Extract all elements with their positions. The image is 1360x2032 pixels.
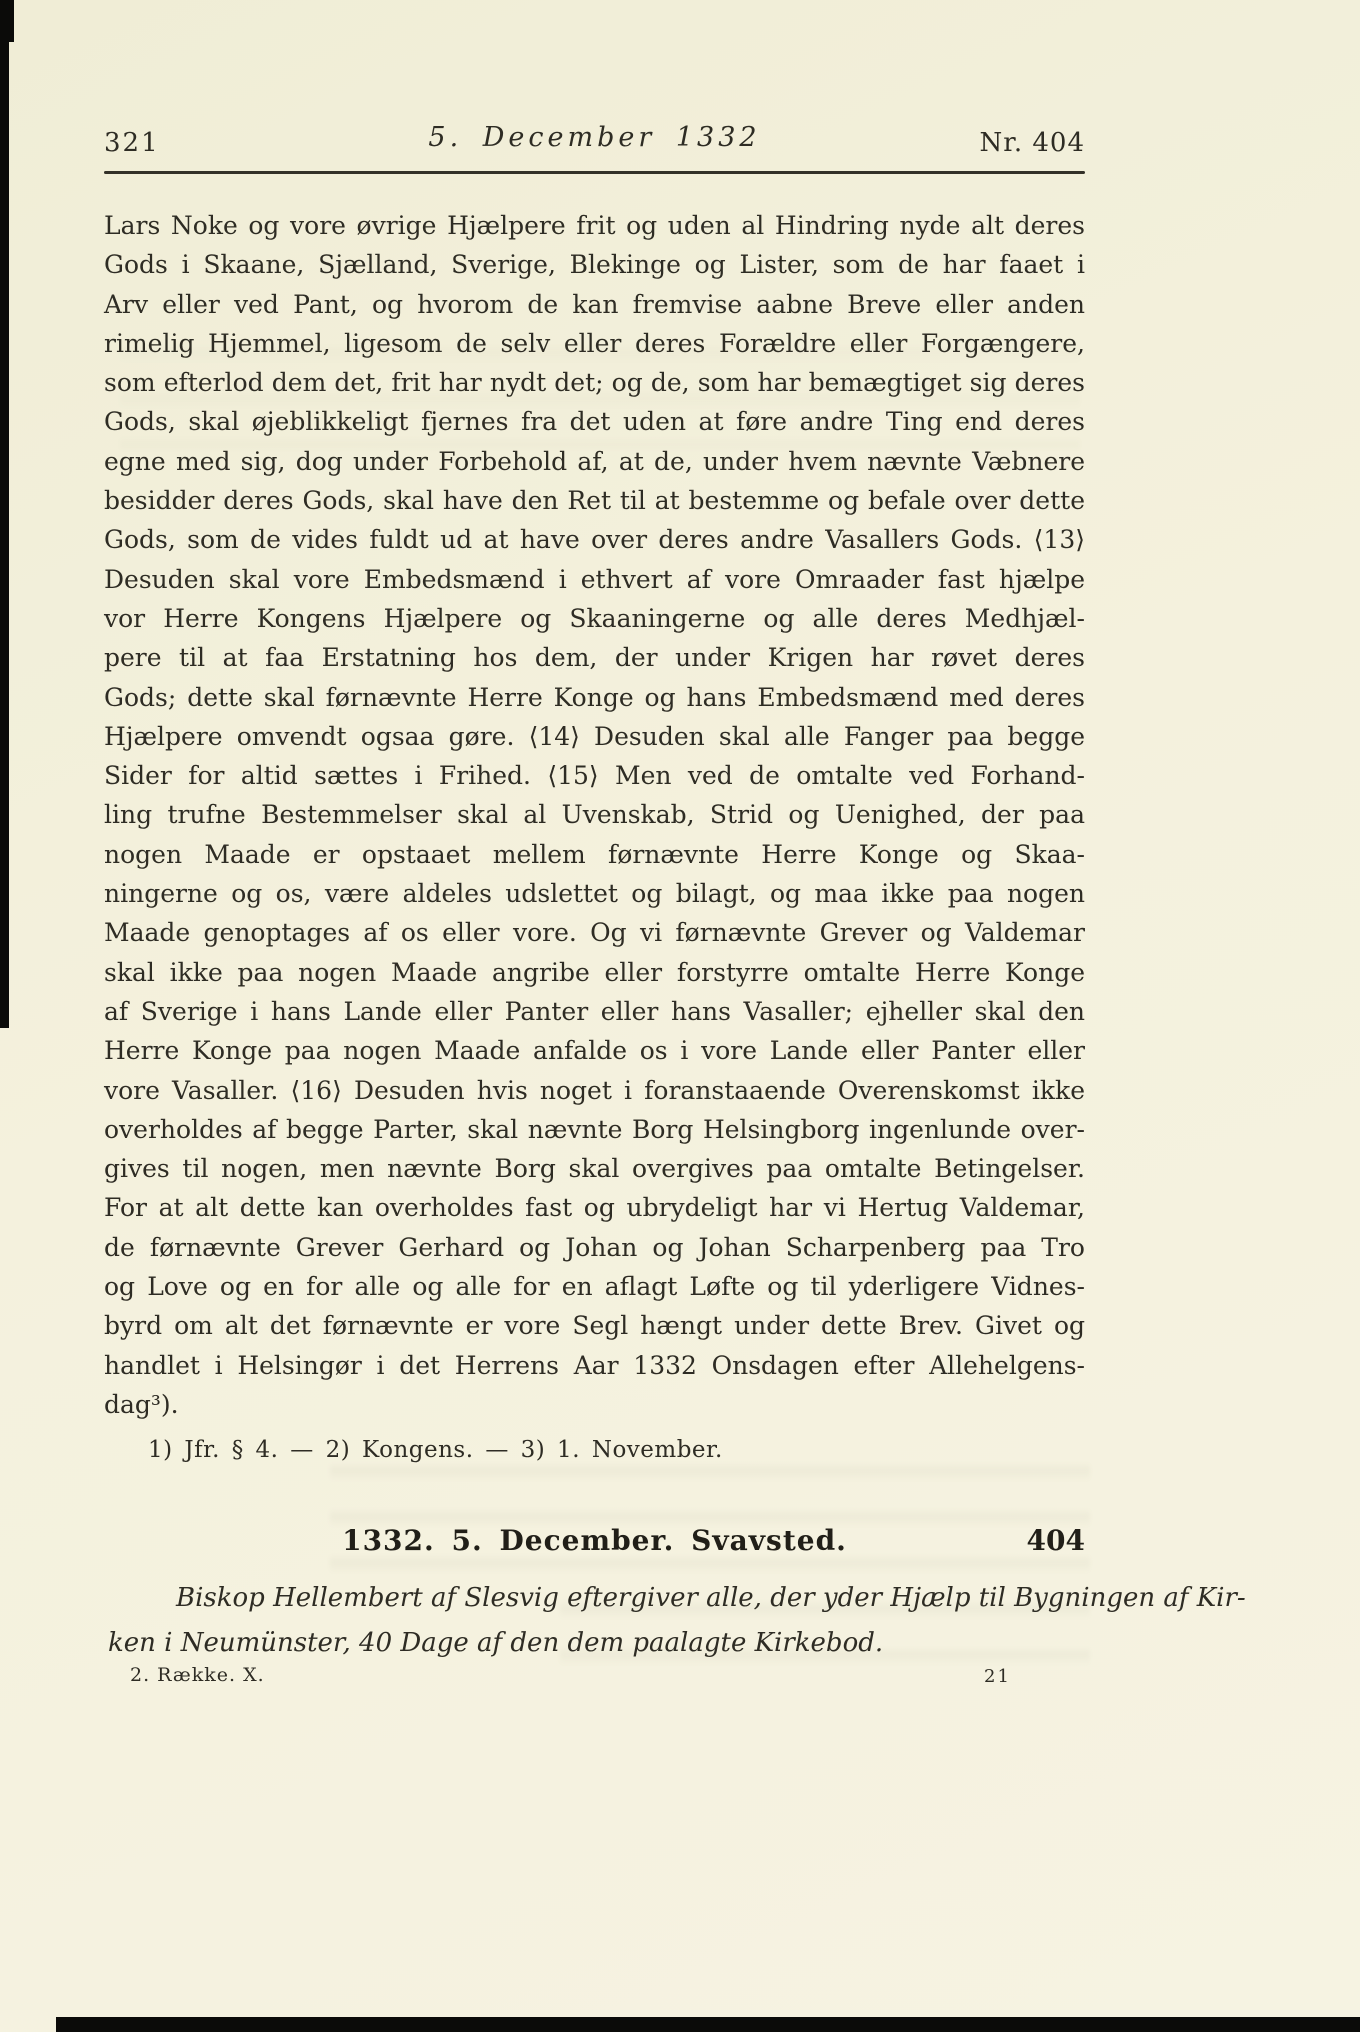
entry-heading: 1332. 5. December. Svavsted. 404	[104, 1524, 1085, 1564]
body-text-line: Gods; dette skal førnævnte Herre Konge o…	[104, 678, 1085, 717]
body-text-line: dag³).	[104, 1385, 1085, 1424]
body-text-line: handlet i Helsingør i det Herrens Aar 13…	[104, 1346, 1085, 1385]
body-text-line: Arv eller ved Pant, og hvorom de kan fre…	[104, 285, 1085, 324]
body-text-line: rimelig Hjemmel, ligesom de selv eller d…	[104, 324, 1085, 363]
summary-line: ken i Neumünster, 40 Dage af den dem paa…	[108, 1621, 1108, 1666]
series-label: 2. Række. X.	[130, 1664, 265, 1686]
body-text-line: egne med sig, dog under Forbehold af, at…	[104, 442, 1085, 481]
entry-summary: Biskop Hellembert af Slesvig eftergiver …	[108, 1576, 1108, 1666]
page-header: 321 5. December 1332 Nr. 404	[104, 122, 1085, 166]
body-text-line: gives til nogen, men nævnte Borg skal ov…	[104, 1149, 1085, 1188]
body-text-line: ling trufne Bestemmelser skal al Uvenska…	[104, 795, 1085, 834]
body-text-line: Herre Konge paa nogen Maade anfalde os i…	[104, 1031, 1085, 1070]
entry-number-header: Nr. 404	[980, 128, 1085, 158]
body-text-line: skal ikke paa nogen Maade angribe eller …	[104, 953, 1085, 992]
scan-edge-strip-left	[0, 0, 9, 1028]
body-text-line: Maade genoptages af os eller vore. Og vi…	[104, 913, 1085, 952]
body-text-line: nogen Maade er opstaaet mellem førnævnte…	[104, 835, 1085, 874]
scanned-page: 321 5. December 1332 Nr. 404 Lars Noke o…	[0, 0, 1360, 2032]
body-text-line: Hjælpere omvendt ogsaa gøre. ⟨14⟩ Desude…	[104, 717, 1085, 756]
body-text-line: Gods i Skaane, Sjælland, Sverige, Blekin…	[104, 245, 1085, 284]
body-text-line: ningerne og os, være aldeles udslettet o…	[104, 874, 1085, 913]
body-text-line: For at alt dette kan overholdes fast og …	[104, 1188, 1085, 1227]
body-text-line: byrd om alt det førnævnte er vore Segl h…	[104, 1306, 1085, 1345]
body-text-line: de førnævnte Grever Gerhard og Johan og …	[104, 1228, 1085, 1267]
sheet-number: 21	[984, 1666, 1011, 1687]
header-rule	[104, 171, 1085, 174]
body-text-line: vor Herre Kongens Hjælpere og Skaaninger…	[104, 599, 1085, 638]
body-text-line: som efterlod dem det, frit har nydt det;…	[104, 363, 1085, 402]
body-text-line: pere til at faa Erstatning hos dem, der …	[104, 638, 1085, 677]
body-text-line: Gods, skal øjeblikkeligt fjernes fra det…	[104, 402, 1085, 441]
body-text-line: Lars Noke og vore øvrige Hjælpere frit o…	[104, 206, 1085, 245]
body-text-line: og Love og en for alle og alle for en af…	[104, 1267, 1085, 1306]
entry-title: 1332. 5. December. Svavsted.	[104, 1524, 1085, 1557]
body-text-line: besidder deres Gods, skal have den Ret t…	[104, 481, 1085, 520]
body-text-line: Desuden skal vore Embedsmænd i ethvert a…	[104, 560, 1085, 599]
body-text-line: af Sverige i hans Lande eller Panter ell…	[104, 992, 1085, 1031]
body-text-line: overholdes af begge Parter, skal nævnte …	[104, 1110, 1085, 1149]
entry-number: 404	[1027, 1524, 1085, 1557]
page-footer: 2. Række. X. 21	[104, 1664, 1085, 1690]
footnote-line: 1) Jfr. § 4. — 2) Kongens. — 3) 1. Novem…	[104, 1437, 1085, 1463]
scan-edge-corner	[0, 0, 14, 42]
body-text-line: Sider for altid sættes i Frihed. ⟨15⟩ Me…	[104, 756, 1085, 795]
scan-edge-bar-bottom	[56, 2017, 1360, 2032]
body-text-line: Gods, som de vides fuldt ud at have over…	[104, 520, 1085, 559]
running-title: 5. December 1332	[104, 122, 1085, 153]
body-text-line: vore Vasaller. ⟨16⟩ Desuden hvis noget i…	[104, 1071, 1085, 1110]
summary-line: Biskop Hellembert af Slesvig eftergiver …	[108, 1576, 1108, 1621]
document-body-text: Lars Noke og vore øvrige Hjælpere frit o…	[104, 206, 1085, 1424]
